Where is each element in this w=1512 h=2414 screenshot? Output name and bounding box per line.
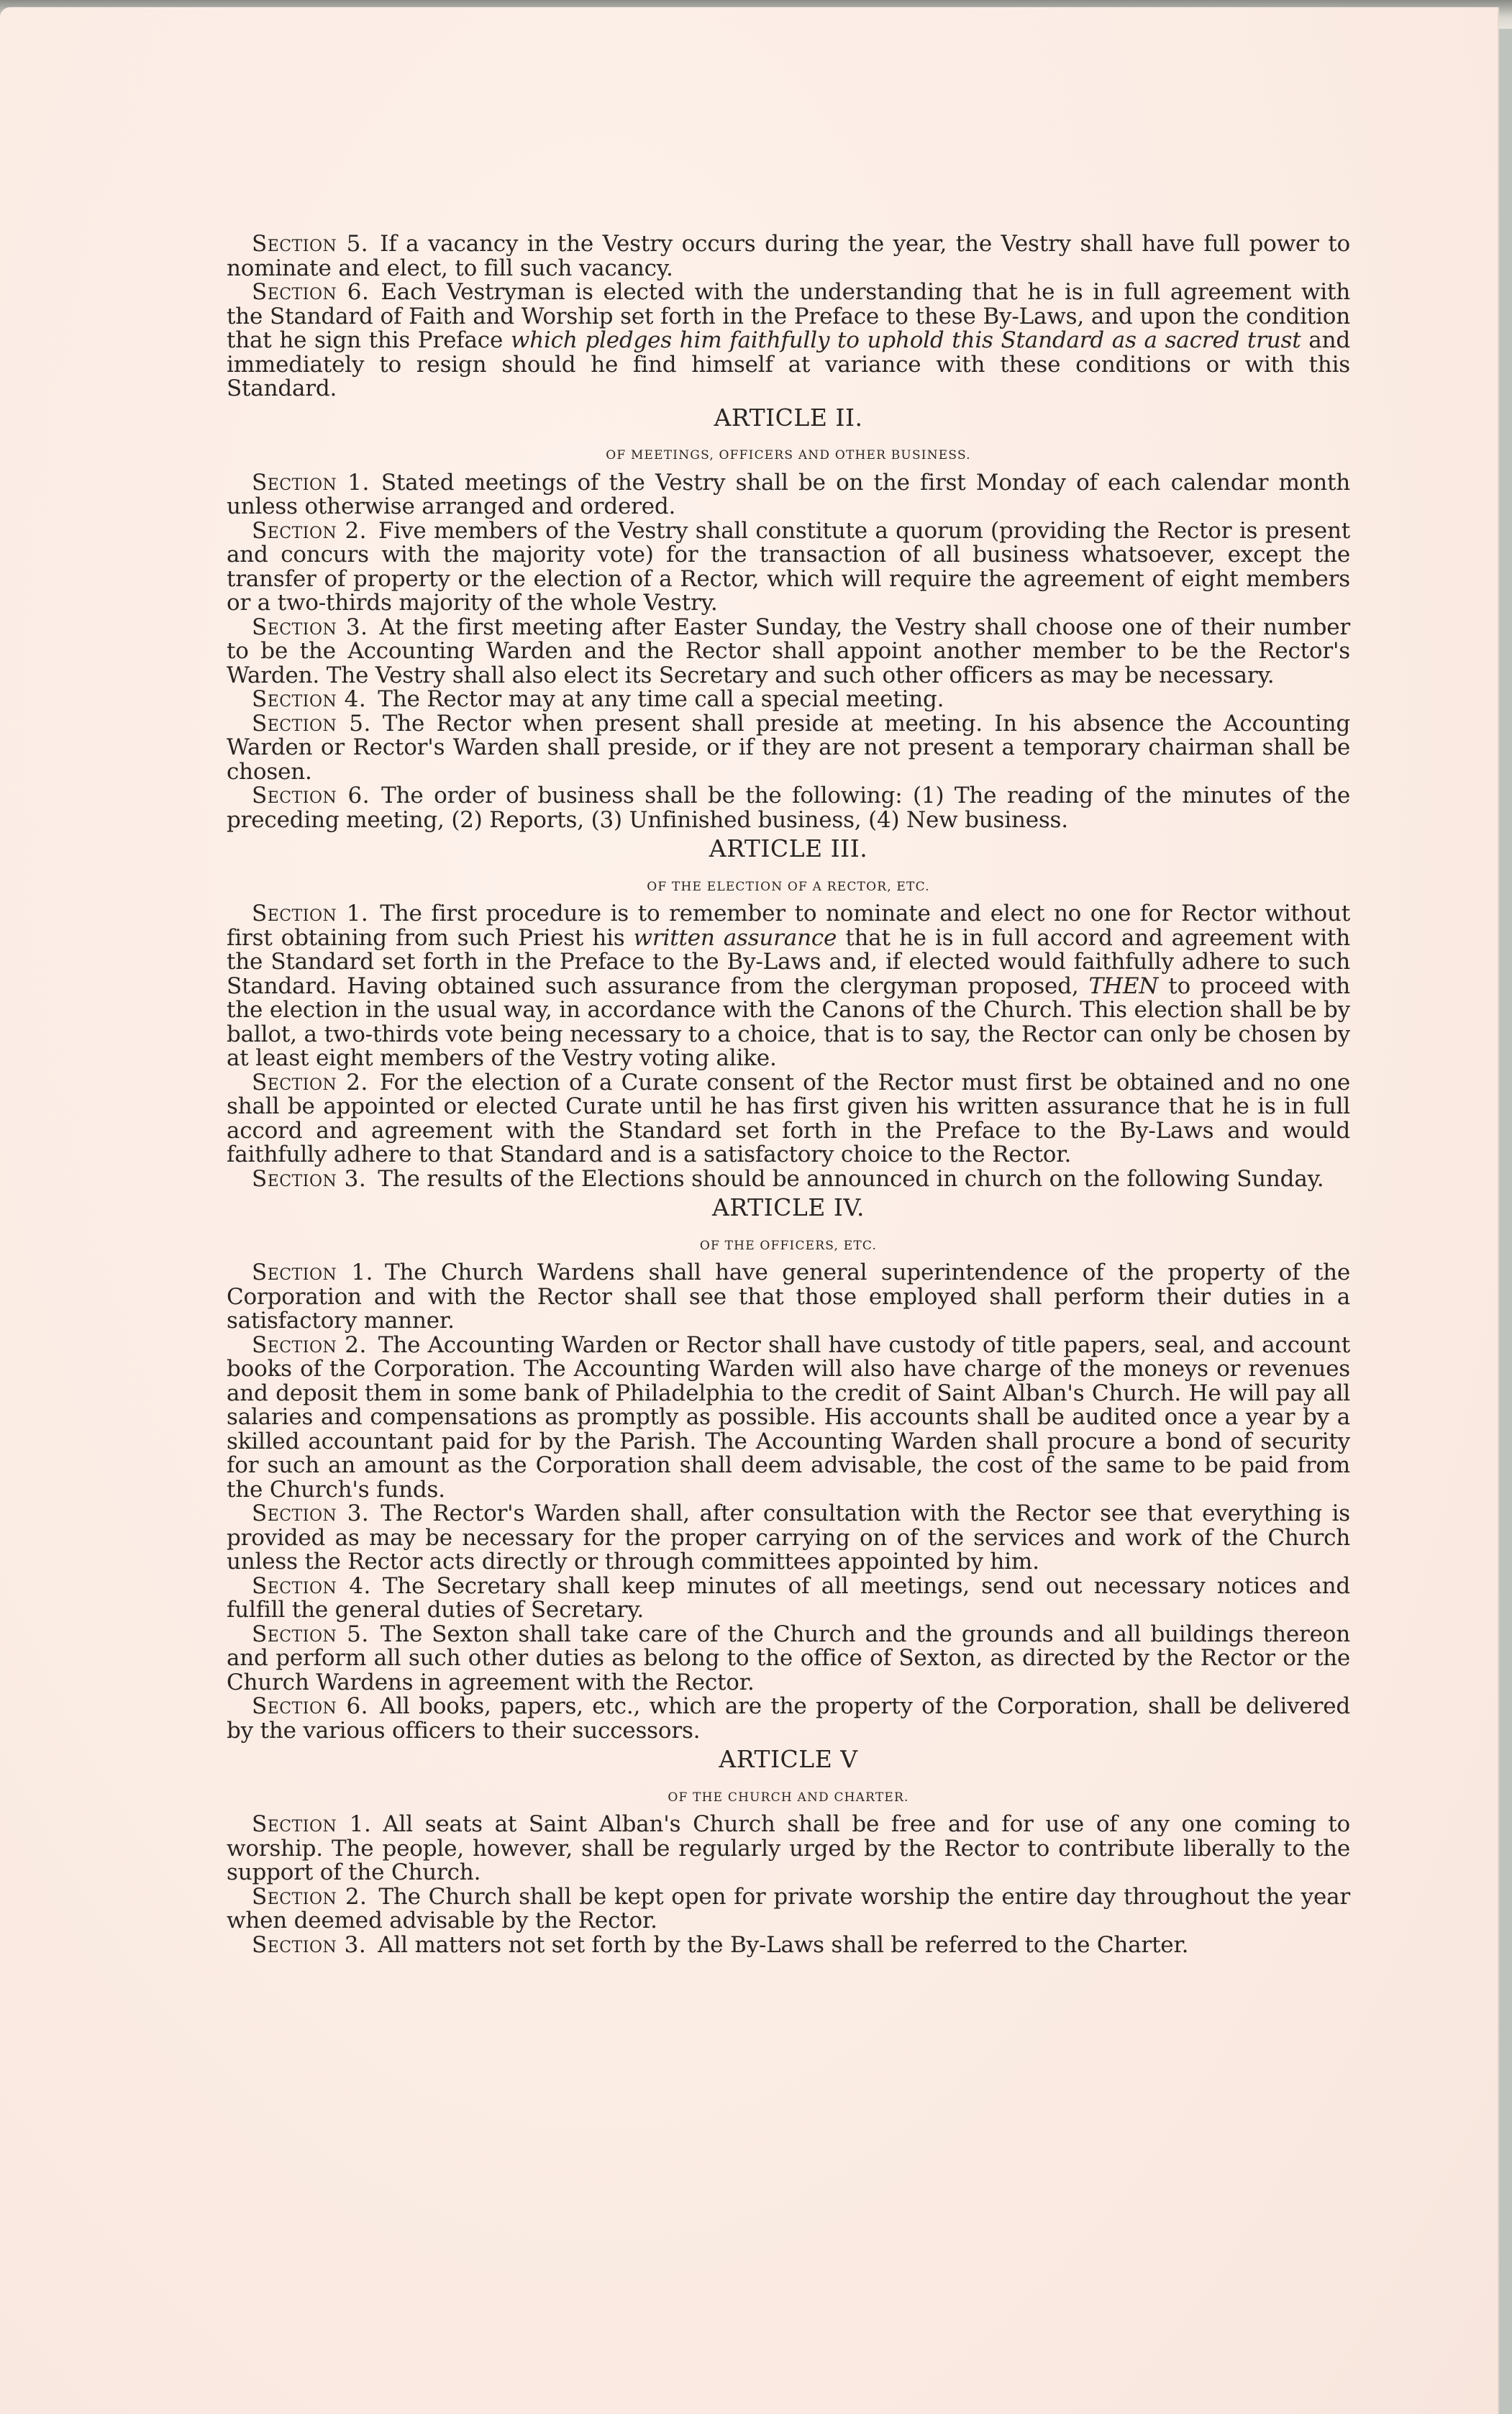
section-label: Section 1.: [252, 1811, 371, 1837]
section-text: The Accounting Warden or Rector shall ha…: [227, 1332, 1350, 1503]
section-label: Section 6.: [252, 279, 369, 305]
section-paragraph: Section 5.The Sexton shall take care of …: [227, 1623, 1350, 1695]
continued-sections: Section 5.If a vacancy in the Vestry occ…: [227, 232, 1350, 401]
section-label: Section 5.: [252, 231, 368, 257]
section-paragraph: Section 6.The order of business shall be…: [227, 784, 1350, 832]
article-title: ARTICLE IV.: [227, 1195, 1350, 1220]
section-label: Section 5.: [252, 711, 371, 737]
section-text: The Rector's Warden shall, after consult…: [227, 1500, 1350, 1575]
section-label: Section 2.: [252, 518, 367, 544]
section-paragraph: Section 6.All books, papers, etc., which…: [227, 1695, 1350, 1743]
section-paragraph: Section 1.Stated meetings of the Vestry …: [227, 471, 1350, 519]
section-text: The Church shall be kept open for privat…: [227, 1884, 1350, 1934]
section-label: Section 3.: [252, 614, 368, 640]
section-text: The Church Wardens shall have general su…: [227, 1260, 1350, 1334]
section-text: All matters not set forth by the By-Laws…: [378, 1932, 1188, 1958]
section-label: Section 2.: [252, 1884, 367, 1910]
section-text: For the election of a Curate consent of …: [227, 1070, 1350, 1168]
section-text: Stated meetings of the Vestry shall be o…: [227, 470, 1350, 520]
section-paragraph: Section 3.The Rector's Warden shall, aft…: [227, 1502, 1350, 1575]
section-paragraph: Section 1.The first procedure is to reme…: [227, 902, 1350, 1071]
section-label: Section 5.: [252, 1621, 369, 1647]
section-paragraph: Section 2.Five members of the Vestry sha…: [227, 519, 1350, 616]
section-paragraph: Section 1.The Church Wardens shall have …: [227, 1261, 1350, 1334]
section-label: Section 3.: [252, 1166, 366, 1192]
section-label: Section 4.: [252, 1573, 371, 1599]
section-text: The Rector may at any time call a specia…: [378, 686, 944, 712]
article-4: ARTICLE IV. Of the Officers, etc. Sectio…: [227, 1195, 1350, 1743]
document-page: Section 5.If a vacancy in the Vestry occ…: [0, 7, 1498, 2414]
document-body: Section 5.If a vacancy in the Vestry occ…: [227, 232, 1350, 1957]
article-3: ARTICLE III. Of the Election of a Rector…: [227, 837, 1350, 1191]
section-text: All books, papers, etc., which are the p…: [227, 1693, 1350, 1744]
article-title: ARTICLE II.: [227, 406, 1350, 430]
section-label: Section 3.: [252, 1500, 369, 1526]
section-text: All seats at Saint Alban's Church shall …: [227, 1811, 1350, 1885]
section-label: Section 6.: [252, 783, 370, 809]
section-paragraph: Section 5.The Rector when present shall …: [227, 712, 1350, 785]
section-label: Section 1.: [252, 1260, 373, 1285]
section-paragraph: Section 2.For the election of a Curate c…: [227, 1071, 1350, 1167]
section-paragraph: Section 4.The Secretary shall keep minut…: [227, 1575, 1350, 1623]
section-text-italic: THEN: [1089, 973, 1159, 999]
section-label: Section 1.: [252, 470, 370, 496]
section-label: Section 4.: [252, 686, 366, 712]
section-text: The Secretary shall keep minutes of all …: [227, 1573, 1350, 1623]
article-subtitle: Of the Church and Charter.: [227, 1786, 1350, 1811]
section-paragraph: Section 3.The results of the Elections s…: [227, 1167, 1350, 1192]
section-text: The Rector when present shall preside at…: [227, 711, 1350, 785]
section-label: Section 2.: [252, 1332, 367, 1358]
section-paragraph: Section 2.The Church shall be kept open …: [227, 1885, 1350, 1934]
section-label: Section 3.: [252, 1932, 366, 1958]
section-text: If a vacancy in the Vestry occurs during…: [227, 231, 1350, 281]
article-subtitle: Of the Election of a Rector, etc.: [227, 875, 1350, 900]
section-paragraph: Section 5.If a vacancy in the Vestry occ…: [227, 232, 1350, 281]
article-title: ARTICLE III.: [227, 837, 1350, 861]
section-text: The Sexton shall take care of the Church…: [227, 1621, 1350, 1695]
section-text-italic: which pledges him faithfully to uphold t…: [511, 327, 1301, 353]
section-text: The order of business shall be the follo…: [227, 783, 1350, 833]
section-paragraph: Section 1.All seats at Saint Alban's Chu…: [227, 1813, 1350, 1885]
section-label: Section 6.: [252, 1693, 368, 1719]
article-2: ARTICLE II. Of Meetings, Officers and Ot…: [227, 406, 1350, 833]
section-paragraph: Section 6.Each Vestryman is elected with…: [227, 281, 1350, 401]
section-text-italic: written assurance: [634, 925, 837, 951]
section-paragraph: Section 3.At the first meeting after Eas…: [227, 616, 1350, 688]
section-label: Section 1.: [252, 901, 368, 926]
article-5: ARTICLE V Of the Church and Charter. Sec…: [227, 1747, 1350, 1957]
section-paragraph: Section 4.The Rector may at any time cal…: [227, 688, 1350, 712]
section-text: The results of the Elections should be a…: [378, 1166, 1324, 1192]
section-text: Five members of the Vestry shall constit…: [227, 518, 1350, 616]
article-subtitle: Of the Officers, etc.: [227, 1234, 1350, 1259]
section-paragraph: Section 3.All matters not set forth by t…: [227, 1934, 1350, 1958]
article-title: ARTICLE V: [227, 1747, 1350, 1772]
section-paragraph: Section 2.The Accounting Warden or Recto…: [227, 1334, 1350, 1503]
section-text: At the first meeting after Easter Sunday…: [227, 614, 1350, 688]
section-label: Section 2.: [252, 1070, 368, 1096]
article-subtitle: Of Meetings, Officers and Other Business…: [227, 444, 1350, 468]
